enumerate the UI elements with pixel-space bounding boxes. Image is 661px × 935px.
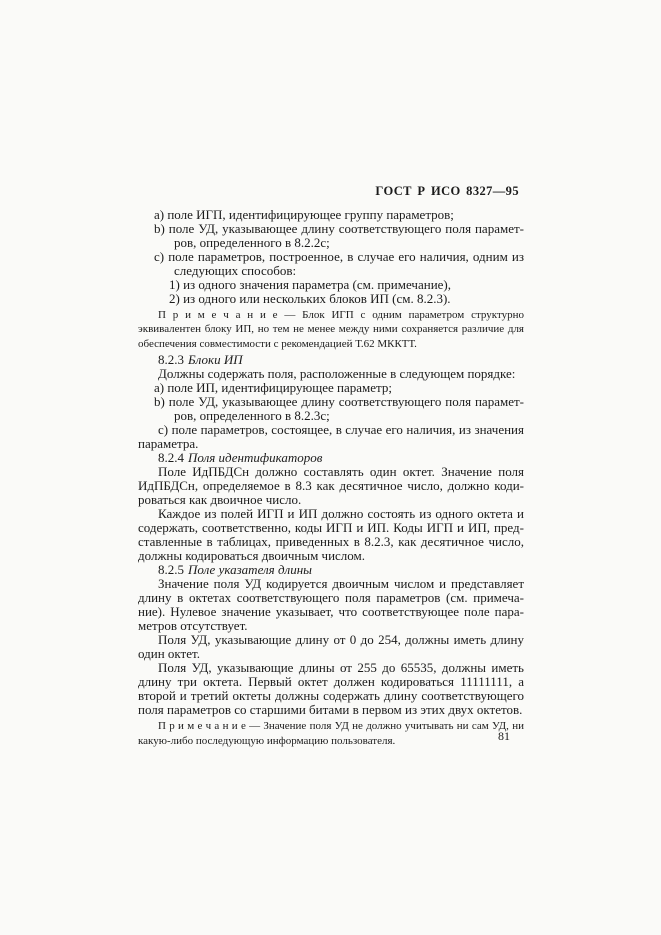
list-item: a) поле ИП, идентифицирующее параметр; — [138, 381, 524, 395]
page-number: 81 — [138, 729, 524, 744]
paragraph: Поля УД, указывающие длины от 255 до 655… — [138, 661, 524, 717]
section-title: Поля идентификаторов — [188, 450, 322, 465]
sub-list-item: 1) из одного значения параметра (см. при… — [138, 278, 524, 292]
paragraph: Должны содержать поля, расположенные в с… — [138, 367, 524, 381]
section-number: 8.2.3 — [158, 352, 184, 367]
section-number: 8.2.5 — [158, 562, 184, 577]
paragraph: Значение поля УД кодируется двоичным чис… — [138, 577, 524, 633]
section-number: 8.2.4 — [158, 450, 184, 465]
list-item: a) поле ИГП, идентифицирующее группу пар… — [138, 208, 524, 222]
section-heading: 8.2.5Поле указателя длины — [138, 563, 524, 577]
list-item: b) поле УД, указывающее длину соответств… — [138, 395, 524, 423]
sub-list-item: 2) из одного или нескольких блоков ИП (с… — [138, 292, 524, 306]
running-header: ГОСТ Р ИСО 8327—95 — [138, 184, 524, 198]
scanned-document-page: ГОСТ Р ИСО 8327—95 a) поле ИГП, идентифи… — [0, 0, 661, 935]
section-heading: 8.2.4Поля идентификаторов — [138, 451, 524, 465]
section-title: Поле указателя длины — [188, 562, 312, 577]
paragraph: Поля УД, указывающие длину от 0 до 254, … — [138, 633, 524, 661]
paragraph: c) поле параметров, состоящее, в случае … — [138, 423, 524, 451]
list-item: b) поле УД, указывающее длину соответств… — [138, 222, 524, 250]
section-title: Блоки ИП — [188, 352, 243, 367]
paragraph: Каждое из полей ИГП и ИП должно состоять… — [138, 507, 524, 563]
list-item: c) поле параметров, построенное, в случа… — [138, 250, 524, 278]
paragraph: Поле ИдПБДСн должно составлять один окте… — [138, 465, 524, 507]
note: П р и м е ч а н и е — Блок ИГП с одним п… — [138, 308, 524, 351]
text-block: ГОСТ Р ИСО 8327—95 a) поле ИГП, идентифи… — [138, 184, 524, 750]
section-heading: 8.2.3Блоки ИП — [138, 353, 524, 367]
